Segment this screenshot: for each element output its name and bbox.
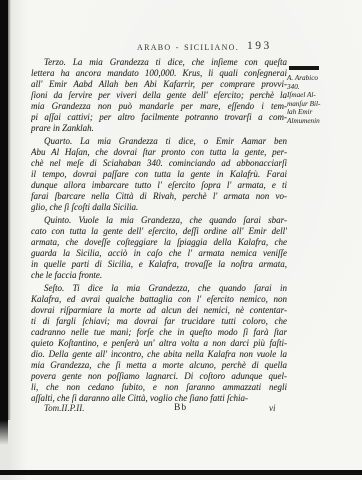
text-line: farai ſbarcare nella Città di Rivah, per… <box>31 191 287 202</box>
footer-signature: Bb <box>174 403 187 413</box>
text-line: li, che non cedano ſubito, e non ſaranno… <box>31 382 287 393</box>
paragraph-quinto: Quinto. Vuole la mia Grandezza, che quan… <box>31 215 287 281</box>
text-line: che le faccia fronte. <box>31 270 287 281</box>
margin-note-line: Almumenin <box>287 117 337 126</box>
page-footer: Tom.II.P.II. Bb vi <box>31 403 287 415</box>
text-line: quieto Koſtantino, e penſerà un' altra v… <box>31 338 287 349</box>
text-line: chè nel meſe di Sciahaban 340. comincian… <box>31 158 287 169</box>
text-line: Abu Al Haſan, che dovrai ſtar pronto con… <box>31 147 287 158</box>
paragraph-terzo: Terzo. La mia Grandezza ti dice, che inſ… <box>31 57 287 134</box>
text-line: ti di fargli ſchiavi; ma dovrai far truc… <box>31 316 287 327</box>
margin-note-lines: A. Arabico340.Iſmael Al-manſur Bil-lah E… <box>287 74 337 126</box>
scanned-page: ARABO - SICILIANO. 193 Terzo. La mia Gra… <box>0 0 362 480</box>
text-line: Seſto. Ti dice la mia Grandezza, che qua… <box>31 283 287 294</box>
text-line: all' Emir Aabd Allah ben Abi Kafarrir, p… <box>31 79 287 90</box>
paragraph-quarto: Quarto. La mia Grandezza ti dice, o Emir… <box>31 136 287 213</box>
body-text: Terzo. La mia Grandezza ti dice, che inſ… <box>31 57 287 404</box>
text-line: guarda la Sicilia, acciò in caſo che l' … <box>31 248 287 259</box>
text-line: povera gente non poſſiamo lagnarci. Di c… <box>31 371 287 382</box>
text-column: ARABO - SICILIANO. 193 Terzo. La mia Gra… <box>31 42 287 404</box>
footer-catchword: vi <box>269 403 276 413</box>
text-line: mia Grandezza, che ſi metta a morte alcu… <box>31 360 287 371</box>
text-line: il tempo, dovrai paſſare con tutta la ge… <box>31 169 287 180</box>
text-line: Quinto. Vuole la mia Grandezza, che quan… <box>31 215 287 226</box>
page-number: 193 <box>247 40 272 52</box>
scan-edge-left <box>0 0 8 445</box>
margin-note: A. Arabico340.Iſmael Al-manſur Bil-lah E… <box>287 66 337 126</box>
text-line: in quelle parti di Sicilia, e Kalafra, t… <box>31 259 287 270</box>
text-line: cadranno nelle tue mani; forſe che in qu… <box>31 327 287 338</box>
text-line: dunque allora imbarcare tutto l' eſercit… <box>31 180 287 191</box>
text-line: dio. Della gente all' incontro, che abit… <box>31 349 287 360</box>
text-line: prare in Zanklah. <box>31 123 287 134</box>
text-line: Terzo. La mia Grandezza ti dice, che inſ… <box>31 57 287 68</box>
text-line: Kalafra, ed avrai qualche battaglia con … <box>31 294 287 305</box>
text-line: dovrai riſparmiare la morte ad alcun dei… <box>31 305 287 316</box>
scan-edge-bottom <box>0 470 362 475</box>
margin-note-line: 340. <box>287 83 337 92</box>
text-line: armata, che doveſſe coſteggiare la ſpiag… <box>31 237 287 248</box>
margin-note-line: lah Emir <box>287 108 337 117</box>
text-line: cato con tutta la gente dell' eſercito, … <box>31 226 287 237</box>
text-line: pi aſſai cattivi; per altro facilmente p… <box>31 112 287 123</box>
text-line: ſioni da ſervire per viveri della gente … <box>31 90 287 101</box>
margin-note-line: A. Arabico <box>287 74 337 83</box>
margin-note-line: Iſmael Al- <box>287 91 337 100</box>
footer-volume: Tom.II.P.II. <box>44 403 85 413</box>
text-line: Quarto. La mia Grandezza ti dice, o Emir… <box>31 136 287 147</box>
header-title: ARABO - SICILIANO. <box>137 43 239 52</box>
running-header: ARABO - SICILIANO. 193 <box>31 42 287 56</box>
text-line: glio, che ſi ſcoſti dalla Sicilia. <box>31 202 287 213</box>
text-line: lettera ha ancora mandato 100,000. Krus,… <box>31 68 287 79</box>
paragraph-sesto: Seſto. Ti dice la mia Grandezza, che qua… <box>31 283 287 404</box>
margin-rule-icon <box>289 66 319 70</box>
text-line: mia Grandezza non può mandarle per mare,… <box>31 101 287 112</box>
